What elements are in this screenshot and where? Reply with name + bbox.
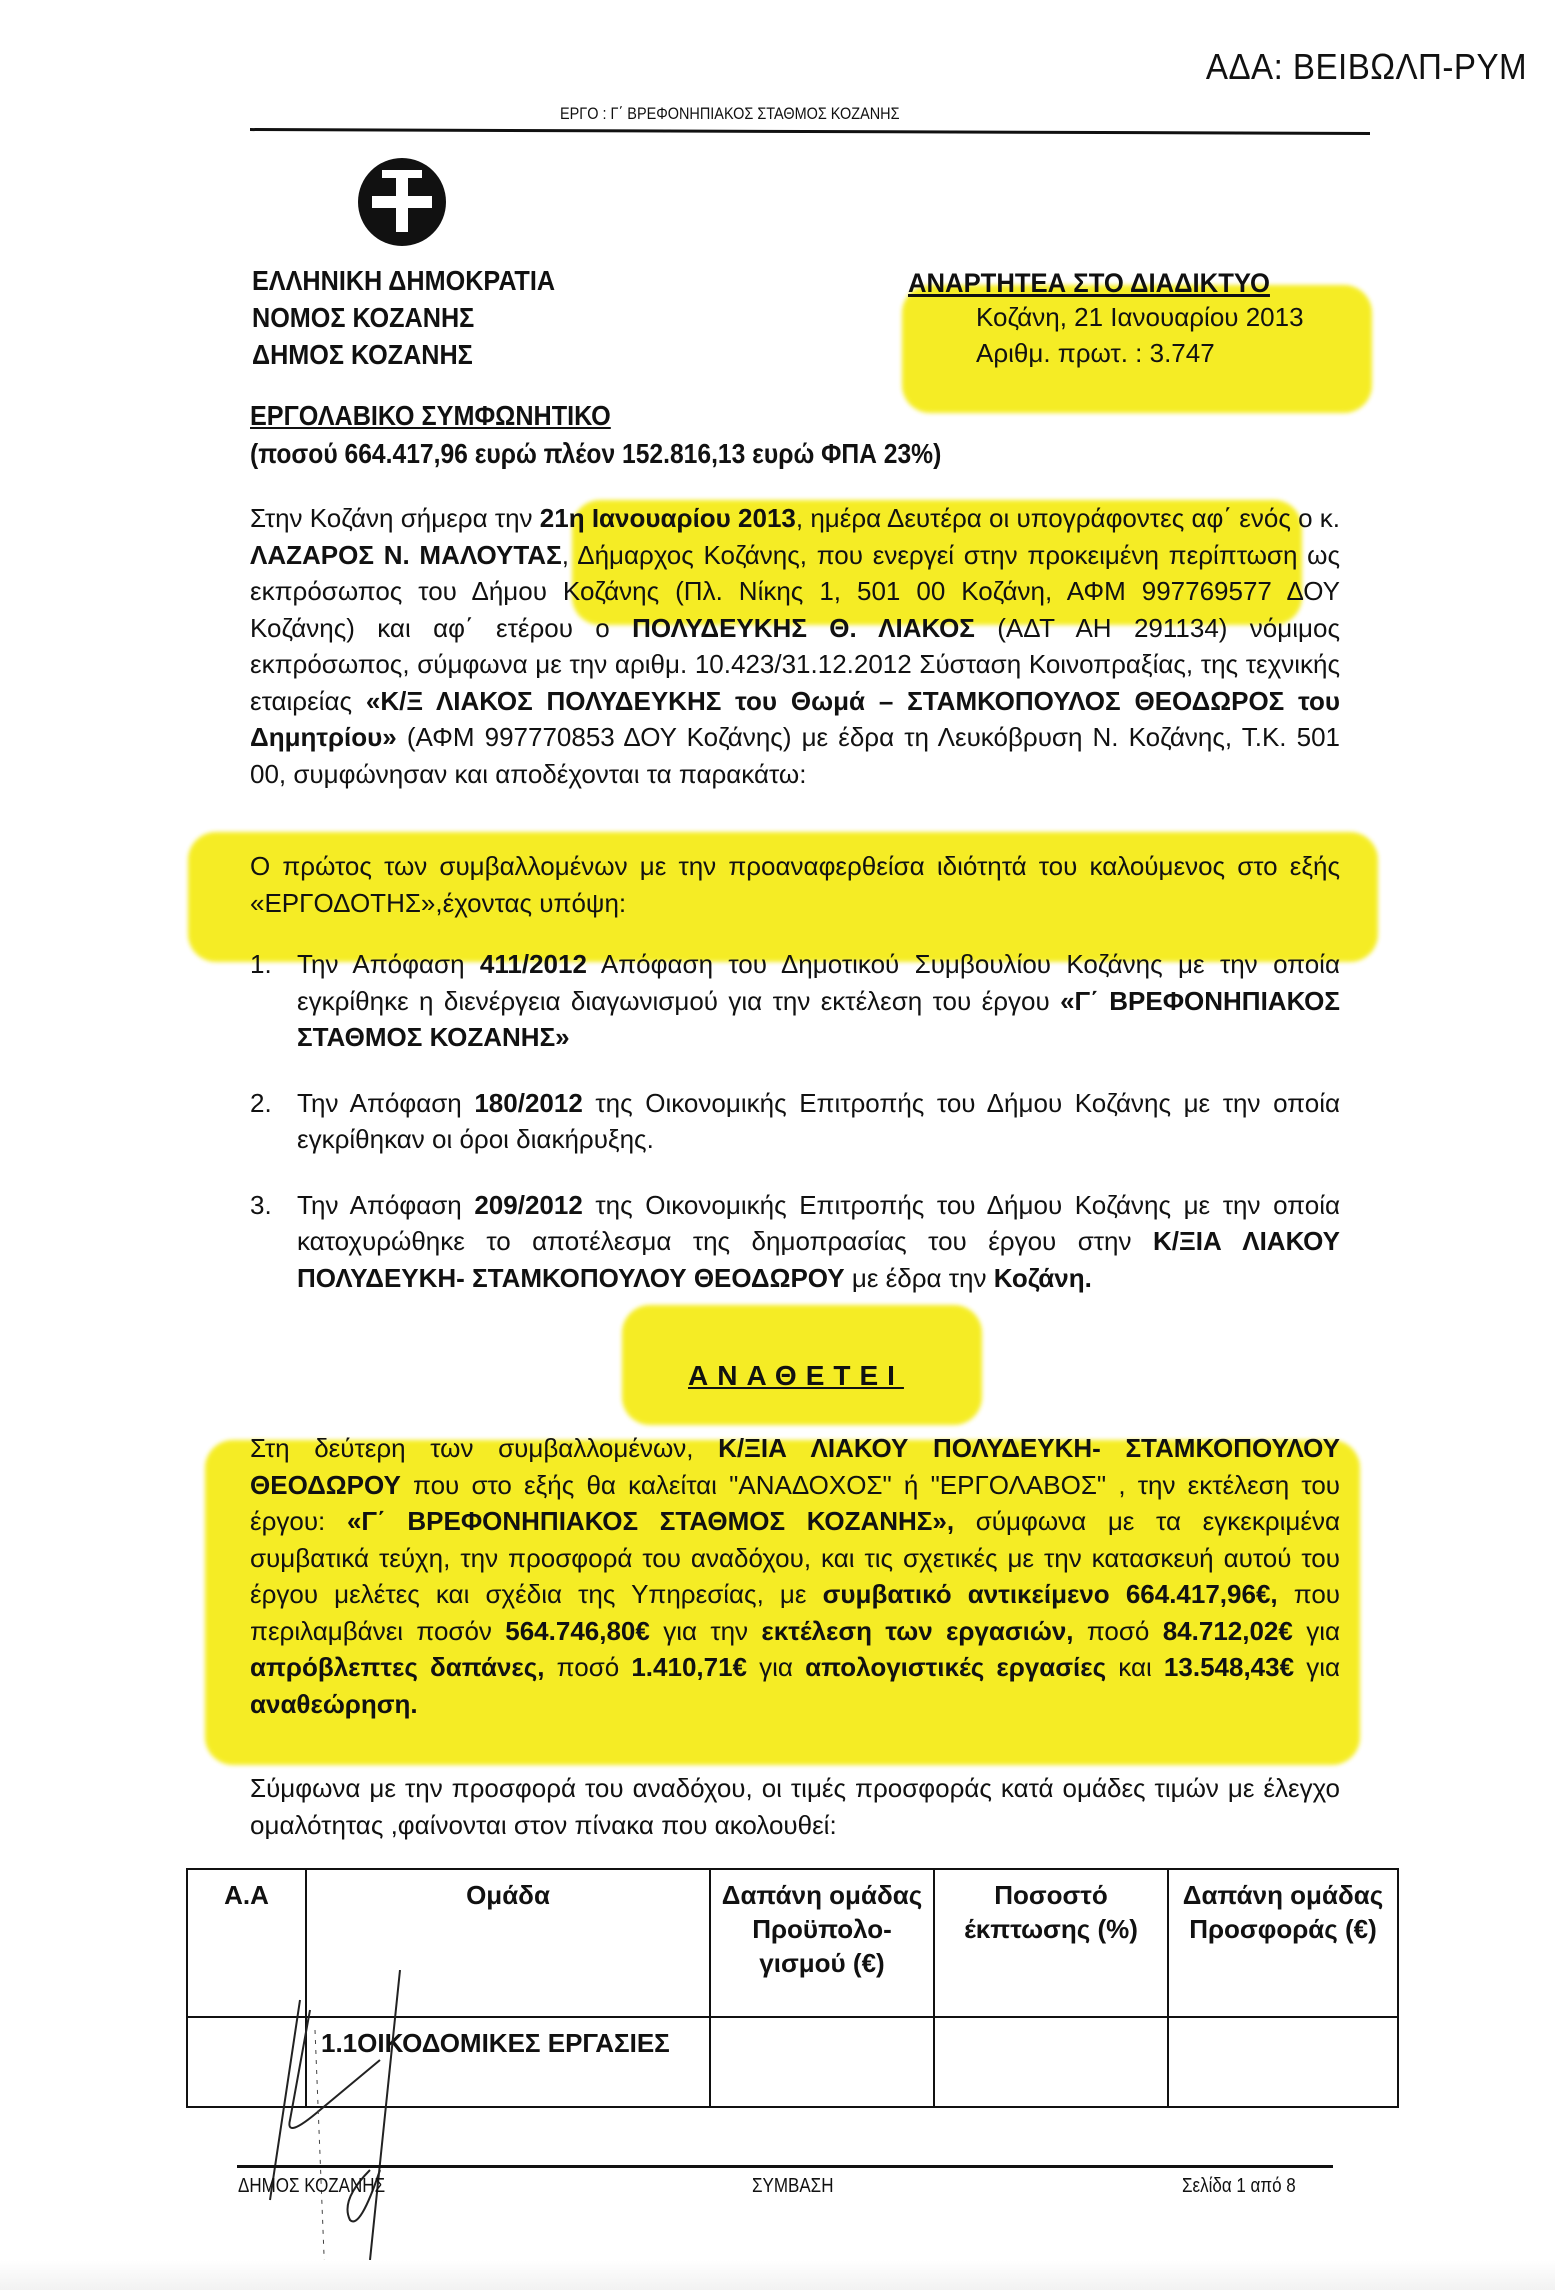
protocol-number: Αριθμ. πρωτ. : 3.747 [976, 335, 1304, 371]
cell-budget [710, 2017, 934, 2107]
col-header-discount: Ποσοστό έκπτωσης (%) [934, 1869, 1168, 2017]
employer-paragraph: Ο πρώτος των συμβαλλομένων με την προανα… [250, 848, 1340, 921]
authority-line: ΝΟΜΟΣ ΚΟΖΑΝΗΣ [252, 299, 555, 336]
anathetei-heading: ΑΝΑΘΕΤΕΙ [688, 1360, 904, 1392]
document-title: ΕΡΓΟΛΑΒΙΚΟ ΣΥΜΦΩΝΗΤΙΚΟ [250, 400, 611, 432]
header-rule [250, 128, 1370, 135]
list-item: 2. Την Απόφαση 180/2012 της Οικονομικής … [250, 1085, 1340, 1158]
footer-doc-type: ΣΥΜΒΑΣΗ [752, 2175, 833, 2198]
list-item: 3. Την Απόφαση 209/2012 της Οικονομικής … [250, 1187, 1340, 1297]
authority-line: ΕΛΛΗΝΙΚΗ ΔΗΜΟΚΡΑΤΙΑ [252, 262, 555, 299]
intro-paragraph: Στην Κοζάνη σήμερα την 21η Ιανουαρίου 20… [250, 500, 1340, 792]
col-header-budget: Δαπάνη ομάδας Προϋπολο-γισμού (€) [710, 1869, 934, 2017]
list-item: 1. Την Απόφαση 411/2012 Απόφαση του Δημο… [250, 946, 1340, 1056]
footer-municipality: ΔΗΜΟΣ ΚΟΖΑΝΗΣ [238, 2175, 385, 2198]
scan-edge [0, 2260, 1555, 2290]
project-header: ΕΡΓΟ : Γ΄ ΒΡΕΦΟΝΗΠΙΑΚΟΣ ΣΤΑΘΜΟΣ ΚΟΖΑΝΗΣ [560, 104, 900, 124]
footer-page-number: Σελίδα 1 από 8 [1182, 2175, 1296, 2198]
place-date: Κοζάνη, 21 Ιανουαρίου 2013 [976, 299, 1304, 335]
publish-block: ΑΝΑΡΤΗΤΕΑ ΣΤΟ ΔΙΑΔΙΚΤΥΟ Κοζάνη, 21 Ιανου… [908, 268, 1304, 371]
cell-offer [1168, 2017, 1398, 2107]
footer-rule [237, 2165, 1333, 2168]
ada-code: ΑΔΑ: ΒΕΙΒΩΛΠ-ΡΥΜ [1206, 46, 1527, 88]
issuing-authority: ΕΛΛΗΝΙΚΗ ΔΗΜΟΚΡΑΤΙΑ ΝΟΜΟΣ ΚΟΖΑΝΗΣ ΔΗΜΟΣ … [252, 262, 555, 373]
offer-paragraph: Σύμφωνα με την προσφορά του αναδόχου, οι… [250, 1770, 1340, 1843]
greek-state-emblem-icon [352, 152, 452, 252]
considerations-list: 1. Την Απόφαση 411/2012 Απόφαση του Δημο… [250, 946, 1340, 1325]
document-subtitle: (ποσού 664.417,96 ευρώ πλέον 152.816,13 … [250, 438, 941, 470]
publish-notice: ΑΝΑΡΤΗΤΕΑ ΣΤΟ ΔΙΑΔΙΚΤΥΟ [908, 268, 1284, 299]
assignment-paragraph: Στη δεύτερη των συμβαλλομένων, Κ/ΞΙΑ ΛΙΑ… [250, 1430, 1340, 1722]
signature-mark [230, 1970, 490, 2290]
cell-discount [934, 2017, 1168, 2107]
authority-line: ΔΗΜΟΣ ΚΟΖΑΝΗΣ [252, 336, 555, 373]
col-header-offer: Δαπάνη ομάδας Προσφοράς (€) [1168, 1869, 1398, 2017]
